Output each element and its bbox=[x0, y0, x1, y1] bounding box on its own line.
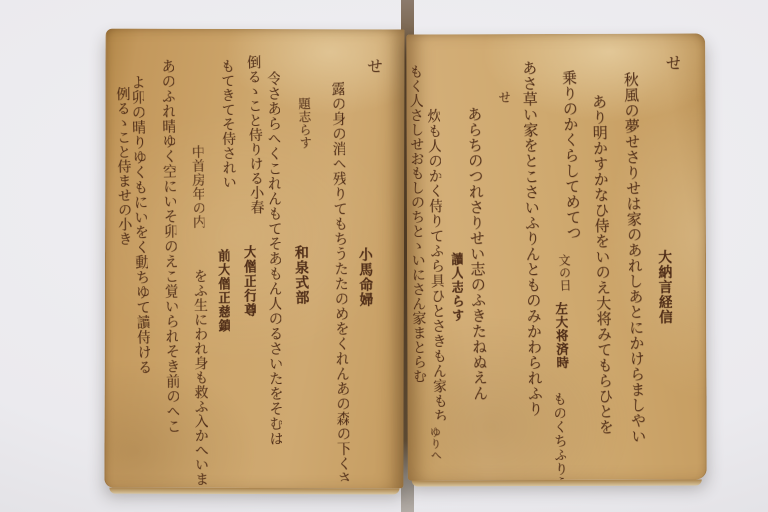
kotobagaki: 文の日 bbox=[557, 254, 572, 304]
text-column: 倒るゝこと侍りける小春 bbox=[245, 55, 264, 227]
poet-name: 和泉式部 bbox=[293, 245, 309, 361]
text-column: 令さあらへくこれんもてそあもん人のるさいたをそむは bbox=[265, 71, 283, 481]
photo-backdrop: せ 小馬命婦 露の身の消へ残りてもちうたたのめをくれんあの森の下くさ 題志らす … bbox=[0, 0, 768, 512]
text-column: 中首房年の内 bbox=[189, 145, 205, 265]
text-column: もてきてそ侍されい bbox=[219, 59, 236, 211]
margin-note: ゆりへ bbox=[429, 426, 443, 480]
poet-name: 前大僧正慈鎮 bbox=[215, 249, 230, 393]
text-column: あらちのつれさりせい志のふきたねぬえん bbox=[465, 106, 488, 466]
text-column: あり明かすかなひ侍をいのえ大将みてもらひとを bbox=[590, 94, 614, 472]
left-page: せ 小馬命婦 露の身の消へ残りてもちうたたのめをくれんあの森の下くさ 題志らす … bbox=[104, 29, 404, 489]
kotobagaki: 題志らす bbox=[297, 97, 313, 171]
text-column: 乗りのかくらしてめてつ bbox=[560, 70, 581, 250]
text-column: 例るゝこと侍ませの小き bbox=[115, 87, 133, 301]
text-column: をふ生にわれ身も救ふ入かへいまい bbox=[192, 269, 208, 487]
poet-name: 大僧正行尊 bbox=[241, 245, 256, 369]
poet-name: 大納言経信 bbox=[656, 250, 672, 382]
text-column: 秋風の夢せさりせは家のあれしあとにかけらましやい bbox=[622, 72, 646, 464]
right-page: せ 大納言経信 秋風の夢せさりせは家のあれしあとにかけらましやい あり明かすかな… bbox=[406, 33, 707, 480]
section-mark: せ bbox=[495, 90, 509, 114]
text-column: ものくちふりえ bbox=[551, 392, 567, 484]
text-column: あのふれ晴ゆく空にいそ卯のえこ覚いられそき前のへこ bbox=[159, 59, 181, 483]
text-column: よ卯の晴りゆくもにいをく動ちゆて讀侍ける bbox=[128, 75, 152, 461]
poet-name: 小馬命婦 bbox=[357, 247, 373, 359]
section-mark: せ bbox=[661, 53, 680, 82]
text-column: 炊も人のかく侍りてふら具ひとさきもん家もちまや bbox=[425, 108, 447, 420]
poet-name: 讀人志らす bbox=[449, 252, 464, 350]
section-mark: せ bbox=[364, 57, 382, 84]
text-column: あさ草い家をとこさいふりんとものみかわられふり bbox=[520, 60, 543, 484]
poet-name: 左大将済時 bbox=[554, 302, 569, 390]
text-column: 露の身の消へ残りてもちうたたのめをくれんあの森の下くさ bbox=[329, 81, 350, 481]
